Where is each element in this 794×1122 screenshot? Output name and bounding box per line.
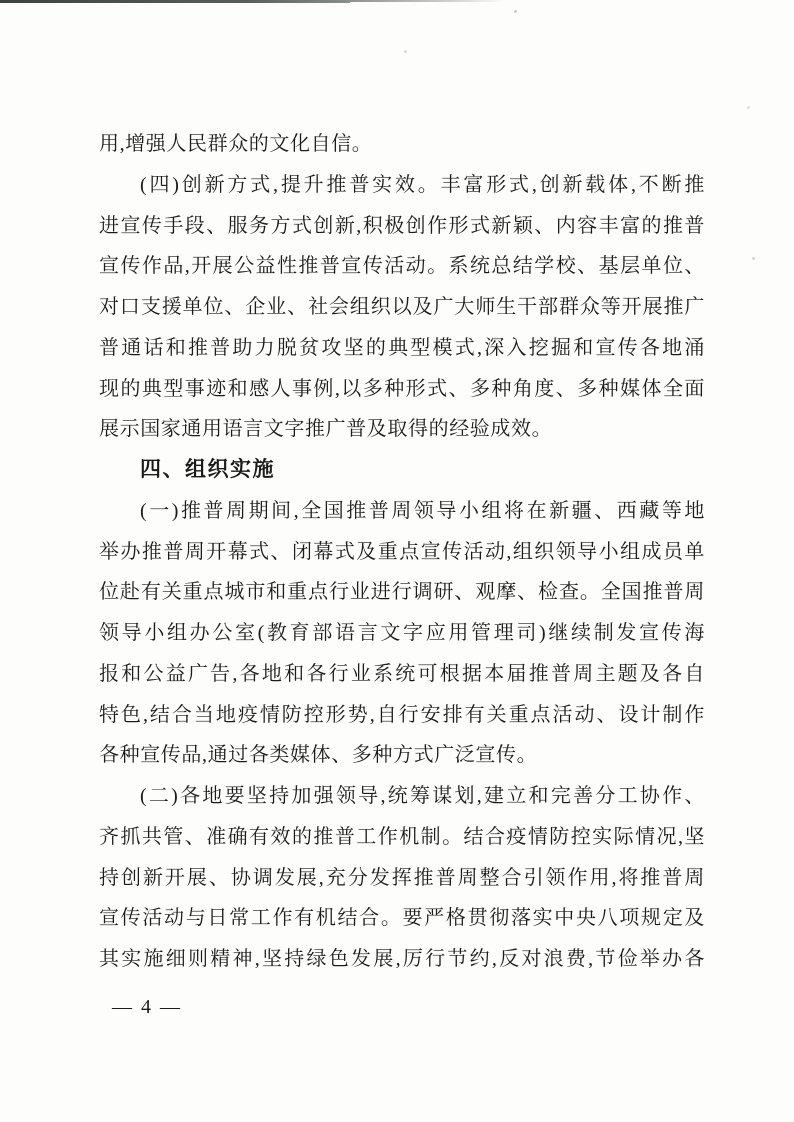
body-text-line: (一)推普周期间,全国推普周领导小组将在新疆、西藏等地 (99, 491, 705, 532)
scan-speck (514, 10, 517, 13)
body-text-line: 普通话和推普助力脱贫攻坚的典型模式,深入挖掘和宣传各地涌 (99, 328, 705, 369)
body-text-line: 宣传活动与日常工作有机结合。要严格贯彻落实中央八项规定及 (99, 898, 705, 939)
body-text-line: 现的典型事迹和感人事例,以多种形式、多种角度、多种媒体全面 (99, 369, 705, 410)
section-heading: 四、组织实施 (99, 450, 705, 491)
body-text-line: 展示国家通用语言文字推广普及取得的经验成效。 (99, 409, 705, 450)
body-text-line: 位赴有关重点城市和重点行业进行调研、观摩、检查。全国推普周 (99, 572, 705, 613)
body-text-line: 报和公益广告,各地和各行业系统可根据本届推普周主题及各自 (99, 654, 705, 695)
body-text-line: 各种宣传品,通过各类媒体、多种方式广泛宣传。 (99, 735, 705, 776)
body-text-line: 宣传作品,开展公益性推普宣传活动。系统总结学校、基层单位、 (99, 246, 705, 287)
scan-speck (404, 50, 407, 53)
document-page: 用,增强人民群众的文化自信。(四)创新方式,提升推普实效。丰富形式,创新载体,不… (0, 0, 794, 1122)
body-text-line: 领导小组办公室(教育部语言文字应用管理司)继续制发宣传海 (99, 613, 705, 654)
scan-artifact-top-edge-fade (345, 0, 505, 2)
body-text-line: 特色,结合当地疫情防控形势,自行安排有关重点活动、设计制作 (99, 695, 705, 736)
body-text-line: 进宣传手段、服务方式创新,积极创作形式新颖、内容丰富的推普 (99, 206, 705, 247)
body-text-line: (二)各地要坚持加强领导,统筹谋划,建立和完善分工协作、 (99, 776, 705, 817)
scan-speck (747, 106, 750, 109)
body-text-line: 对口支援单位、企业、社会组织以及广大师生干部群众等开展推广 (99, 287, 705, 328)
body-text-line: 其实施细则精神,坚持绿色发展,厉行节约,反对浪费,节俭举办各 (99, 939, 705, 980)
page-number-footer: — 4 — (112, 990, 182, 1024)
body-text-line: 用,增强人民群众的文化自信。 (99, 124, 705, 165)
body-text-line: 举办推普周开幕式、闭幕式及重点宣传活动,组织领导小组成员单 (99, 532, 705, 573)
document-body: 用,增强人民群众的文化自信。(四)创新方式,提升推普实效。丰富形式,创新载体,不… (99, 124, 705, 980)
scan-artifact-top-edge (0, 0, 350, 3)
body-text-line: 持创新开展、协调发展,充分发挥推普周整合引领作用,将推普周 (99, 858, 705, 899)
body-text-line: 齐抓共管、准确有效的推普工作机制。结合疫情防控实际情况,坚 (99, 817, 705, 858)
body-text-line: (四)创新方式,提升推普实效。丰富形式,创新载体,不断推 (99, 165, 705, 206)
scan-speck (752, 257, 755, 260)
